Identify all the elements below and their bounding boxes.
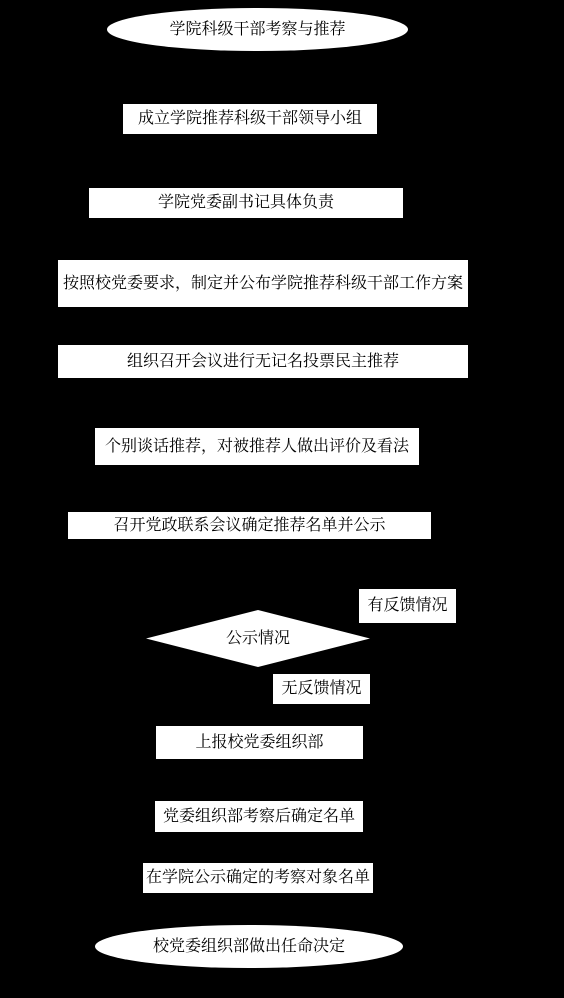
step-publish-work-plan: 按照校党委要求，制定并公布学院推荐科级干部工作方案 [58,260,468,307]
step-deputy-secretary-responsible: 学院党委副书记具体负责 [89,188,403,218]
step-org-dept-confirm-list: 党委组织部考察后确定名单 [155,801,363,832]
step-publicize-inspection-targets: 在学院公示确定的考察对象名单 [143,863,373,893]
step-setup-leading-group: 成立学院推荐科级干部领导小组 [123,104,377,134]
flow-start-terminator: 学院科级干部考察与推荐 [107,8,408,51]
step-report-to-org-dept: 上报校党委组织部 [156,726,363,759]
step-confirm-list-and-publicize: 召开党政联系会议确定推荐名单并公示 [68,512,431,539]
branch-label-has-feedback: 有反馈情况 [359,589,456,623]
flow-end-terminator: 校党委组织部做出任命决定 [95,925,403,968]
flowchart-canvas: 学院科级干部考察与推荐 成立学院推荐科级干部领导小组 学院党委副书记具体负责 按… [0,0,564,998]
branch-label-no-feedback: 无反馈情况 [273,674,370,704]
step-anonymous-ballot-recommendation: 组织召开会议进行无记名投票民主推荐 [58,345,468,378]
step-individual-talk-recommendation: 个别谈话推荐，对被推荐人做出评价及看法 [95,428,419,465]
decision-publicity-status: 公示情况 [146,610,370,667]
